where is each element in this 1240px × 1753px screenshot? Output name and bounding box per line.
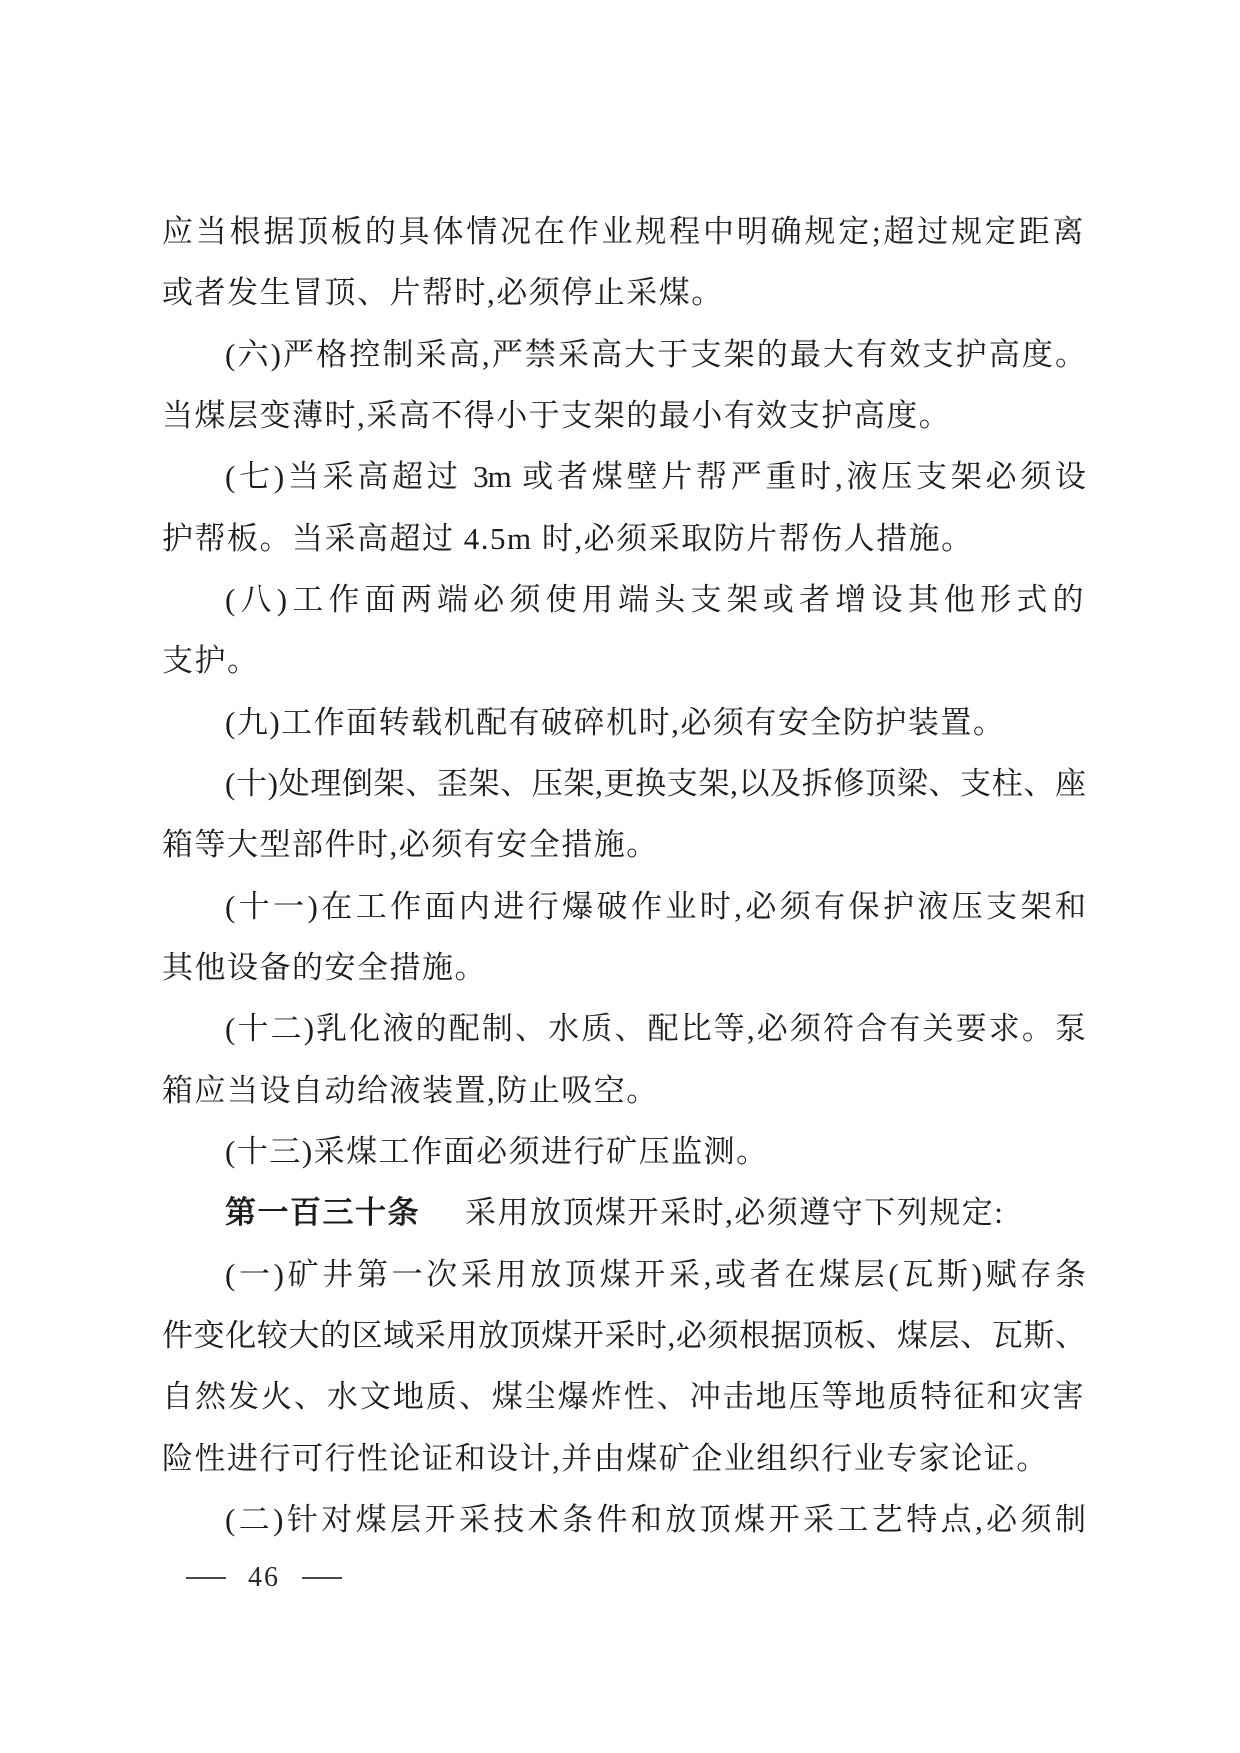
article-text: 采用放顶煤开采时,必须遵守下列规定: bbox=[465, 1195, 1004, 1230]
text-line-clause-9: (九)工作面转载机配有破碎机时,必须有安全防护装置。 bbox=[162, 692, 1085, 753]
page-number: 46 bbox=[248, 1564, 280, 1592]
text-line-clause-10: (十)处理倒架、歪架、压架,更换支架,以及拆修顶梁、支柱、座 bbox=[162, 753, 1085, 814]
page-footer: 46 bbox=[186, 1556, 342, 1600]
text-line-clause-6: (六)严格控制采高,严禁采高大于支架的最大有效支护高度。 bbox=[162, 324, 1085, 385]
text-line: 支护。 bbox=[162, 630, 1085, 691]
text-line: 护帮板。当采高超过 4.5m 时,必须采取防片帮伤人措施。 bbox=[162, 508, 1085, 569]
text-line-clause-7: (七)当采高超过 3m 或者煤壁片帮严重时,液压支架必须设 bbox=[162, 446, 1085, 507]
text-line-clause-13: (十三)采煤工作面必须进行矿压监测。 bbox=[162, 1121, 1085, 1182]
text-line-clause-12: (十二)乳化液的配制、水质、配比等,必须符合有关要求。泵 bbox=[162, 998, 1085, 1059]
text-line: 应当根据顶板的具体情况在作业规程中明确规定;超过规定距离 bbox=[162, 201, 1085, 262]
text-line: 件变化较大的区域采用放顶煤开采时,必须根据顶板、煤层、瓦斯、 bbox=[162, 1305, 1085, 1366]
text-line-item-2: (二)针对煤层开采技术条件和放顶煤开采工艺特点,必须制 bbox=[162, 1489, 1085, 1550]
text-line: 险性进行可行性论证和设计,并由煤矿企业组织行业专家论证。 bbox=[162, 1428, 1085, 1489]
document-body: 应当根据顶板的具体情况在作业规程中明确规定;超过规定距离 或者发生冒顶、片帮时,… bbox=[162, 201, 1085, 1550]
text-line: 其他设备的安全措施。 bbox=[162, 937, 1085, 998]
footer-dash-left-icon bbox=[186, 1577, 226, 1579]
article-number: 第一百三十条 bbox=[225, 1195, 420, 1230]
text-line: 当煤层变薄时,采高不得小于支架的最小有效支护高度。 bbox=[162, 385, 1085, 446]
document-page: 应当根据顶板的具体情况在作业规程中明确规定;超过规定距离 或者发生冒顶、片帮时,… bbox=[0, 0, 1240, 1753]
text-line-clause-8: (八)工作面两端必须使用端头支架或者增设其他形式的 bbox=[162, 569, 1085, 630]
article-heading-line: 第一百三十条采用放顶煤开采时,必须遵守下列规定: bbox=[162, 1182, 1085, 1243]
footer-dash-right-icon bbox=[302, 1577, 342, 1579]
text-line: 或者发生冒顶、片帮时,必须停止采煤。 bbox=[162, 262, 1085, 323]
text-line-clause-11: (十一)在工作面内进行爆破作业时,必须有保护液压支架和 bbox=[162, 876, 1085, 937]
text-line-item-1: (一)矿井第一次采用放顶煤开采,或者在煤层(瓦斯)赋存条 bbox=[162, 1244, 1085, 1305]
text-line: 箱应当设自动给液装置,防止吸空。 bbox=[162, 1060, 1085, 1121]
text-line: 箱等大型部件时,必须有安全措施。 bbox=[162, 814, 1085, 875]
text-line: 自然发火、水文地质、煤尘爆炸性、冲击地压等地质特征和灾害危 bbox=[162, 1366, 1085, 1427]
